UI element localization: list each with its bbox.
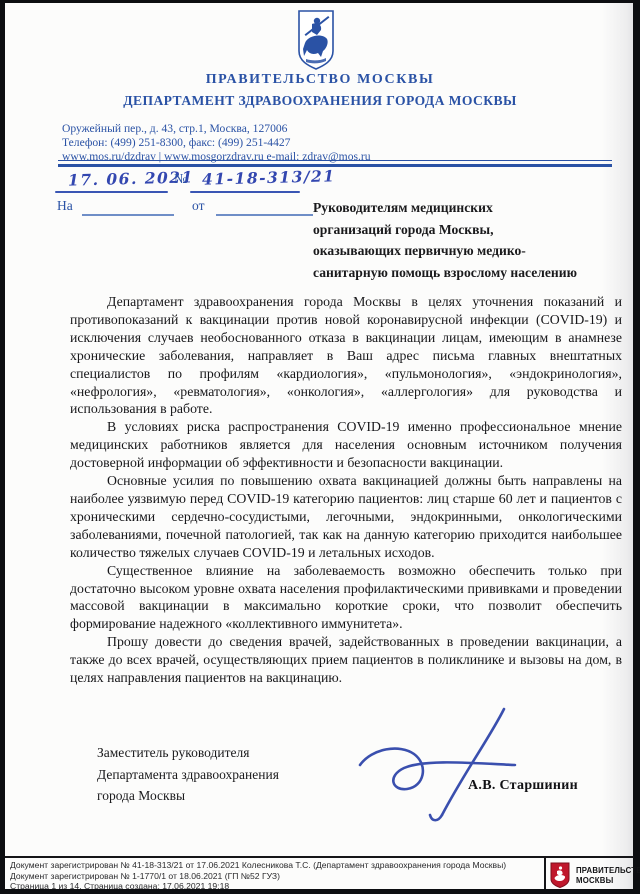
footer-brand-line: МОСКВЫ (576, 876, 640, 886)
addressee-line: санитарную помощь взрослому населению (313, 262, 618, 284)
signatory-position: Заместитель руководителя Департамента зд… (97, 742, 279, 807)
number-sign: № (174, 172, 187, 188)
body-paragraph: В условиях риска распространения COVID-1… (70, 418, 622, 472)
addressee-line: Руководителям медицинских (313, 197, 618, 219)
registration-line: Документ зарегистрирован № 1-1770/1 от 1… (10, 871, 540, 882)
footer-brand-line: ПРАВИТЕЛЬСТВО (576, 866, 640, 876)
footer-vertical-divider (544, 856, 546, 890)
moscow-government-logo-icon (550, 862, 570, 888)
reference-ot-line (216, 214, 313, 216)
signatory-position-line: города Москвы (97, 785, 279, 807)
body-paragraph: Прошу довести до сведения врачей, задейс… (70, 633, 622, 687)
addressee-block: Руководителям медицинских организаций го… (313, 197, 618, 283)
signatory-position-line: Заместитель руководителя (97, 742, 279, 764)
addressee-line: организаций города Москвы, (313, 219, 618, 241)
reference-na-label: На (57, 198, 73, 214)
scan-bottom-edge (0, 889, 640, 894)
handwritten-number: 41-18-313/21 (202, 166, 336, 188)
registration-line: Документ зарегистрирован № 41-18-313/21 … (10, 860, 540, 871)
date-underline (55, 191, 168, 193)
handwritten-signature (352, 703, 522, 825)
addressee-line: оказывающих первичную медико- (313, 240, 618, 262)
body-paragraph: Существенное влияние на заболеваемость в… (70, 562, 622, 634)
reference-ot-label: от (192, 198, 204, 214)
body-paragraph: Основные усилия по повышению охвата вакц… (70, 472, 622, 562)
scanned-letter: ПРАВИТЕЛЬСТВО МОСКВЫ ДЕПАРТАМЕНТ ЗДРАВОО… (0, 0, 640, 894)
number-underline (190, 191, 300, 193)
government-title: ПРАВИТЕЛЬСТВО МОСКВЫ (0, 72, 640, 88)
footer-divider (5, 856, 634, 858)
moscow-coat-of-arms-icon (296, 9, 336, 71)
registration-info: Документ зарегистрирован № 41-18-313/21 … (10, 860, 540, 892)
signatory-name: А.В. Старшинин (468, 778, 578, 794)
org-phone: Телефон: (499) 251-8300, факс: (499) 251… (62, 136, 290, 149)
department-title: ДЕПАРТАМЕНТ ЗДРАВООХРАНЕНИЯ ГОРОДА МОСКВ… (0, 93, 640, 109)
footer-brand: ПРАВИТЕЛЬСТВО МОСКВЫ (576, 866, 640, 885)
reference-na-line (82, 214, 174, 216)
signatory-position-line: Департамента здравоохранения (97, 764, 279, 786)
body-paragraph: Департамент здравоохранения города Москв… (70, 293, 622, 418)
letter-body: Департамент здравоохранения города Москв… (70, 293, 622, 687)
org-address: Оружейный пер., д. 43, стр.1, Москва, 12… (62, 122, 287, 135)
